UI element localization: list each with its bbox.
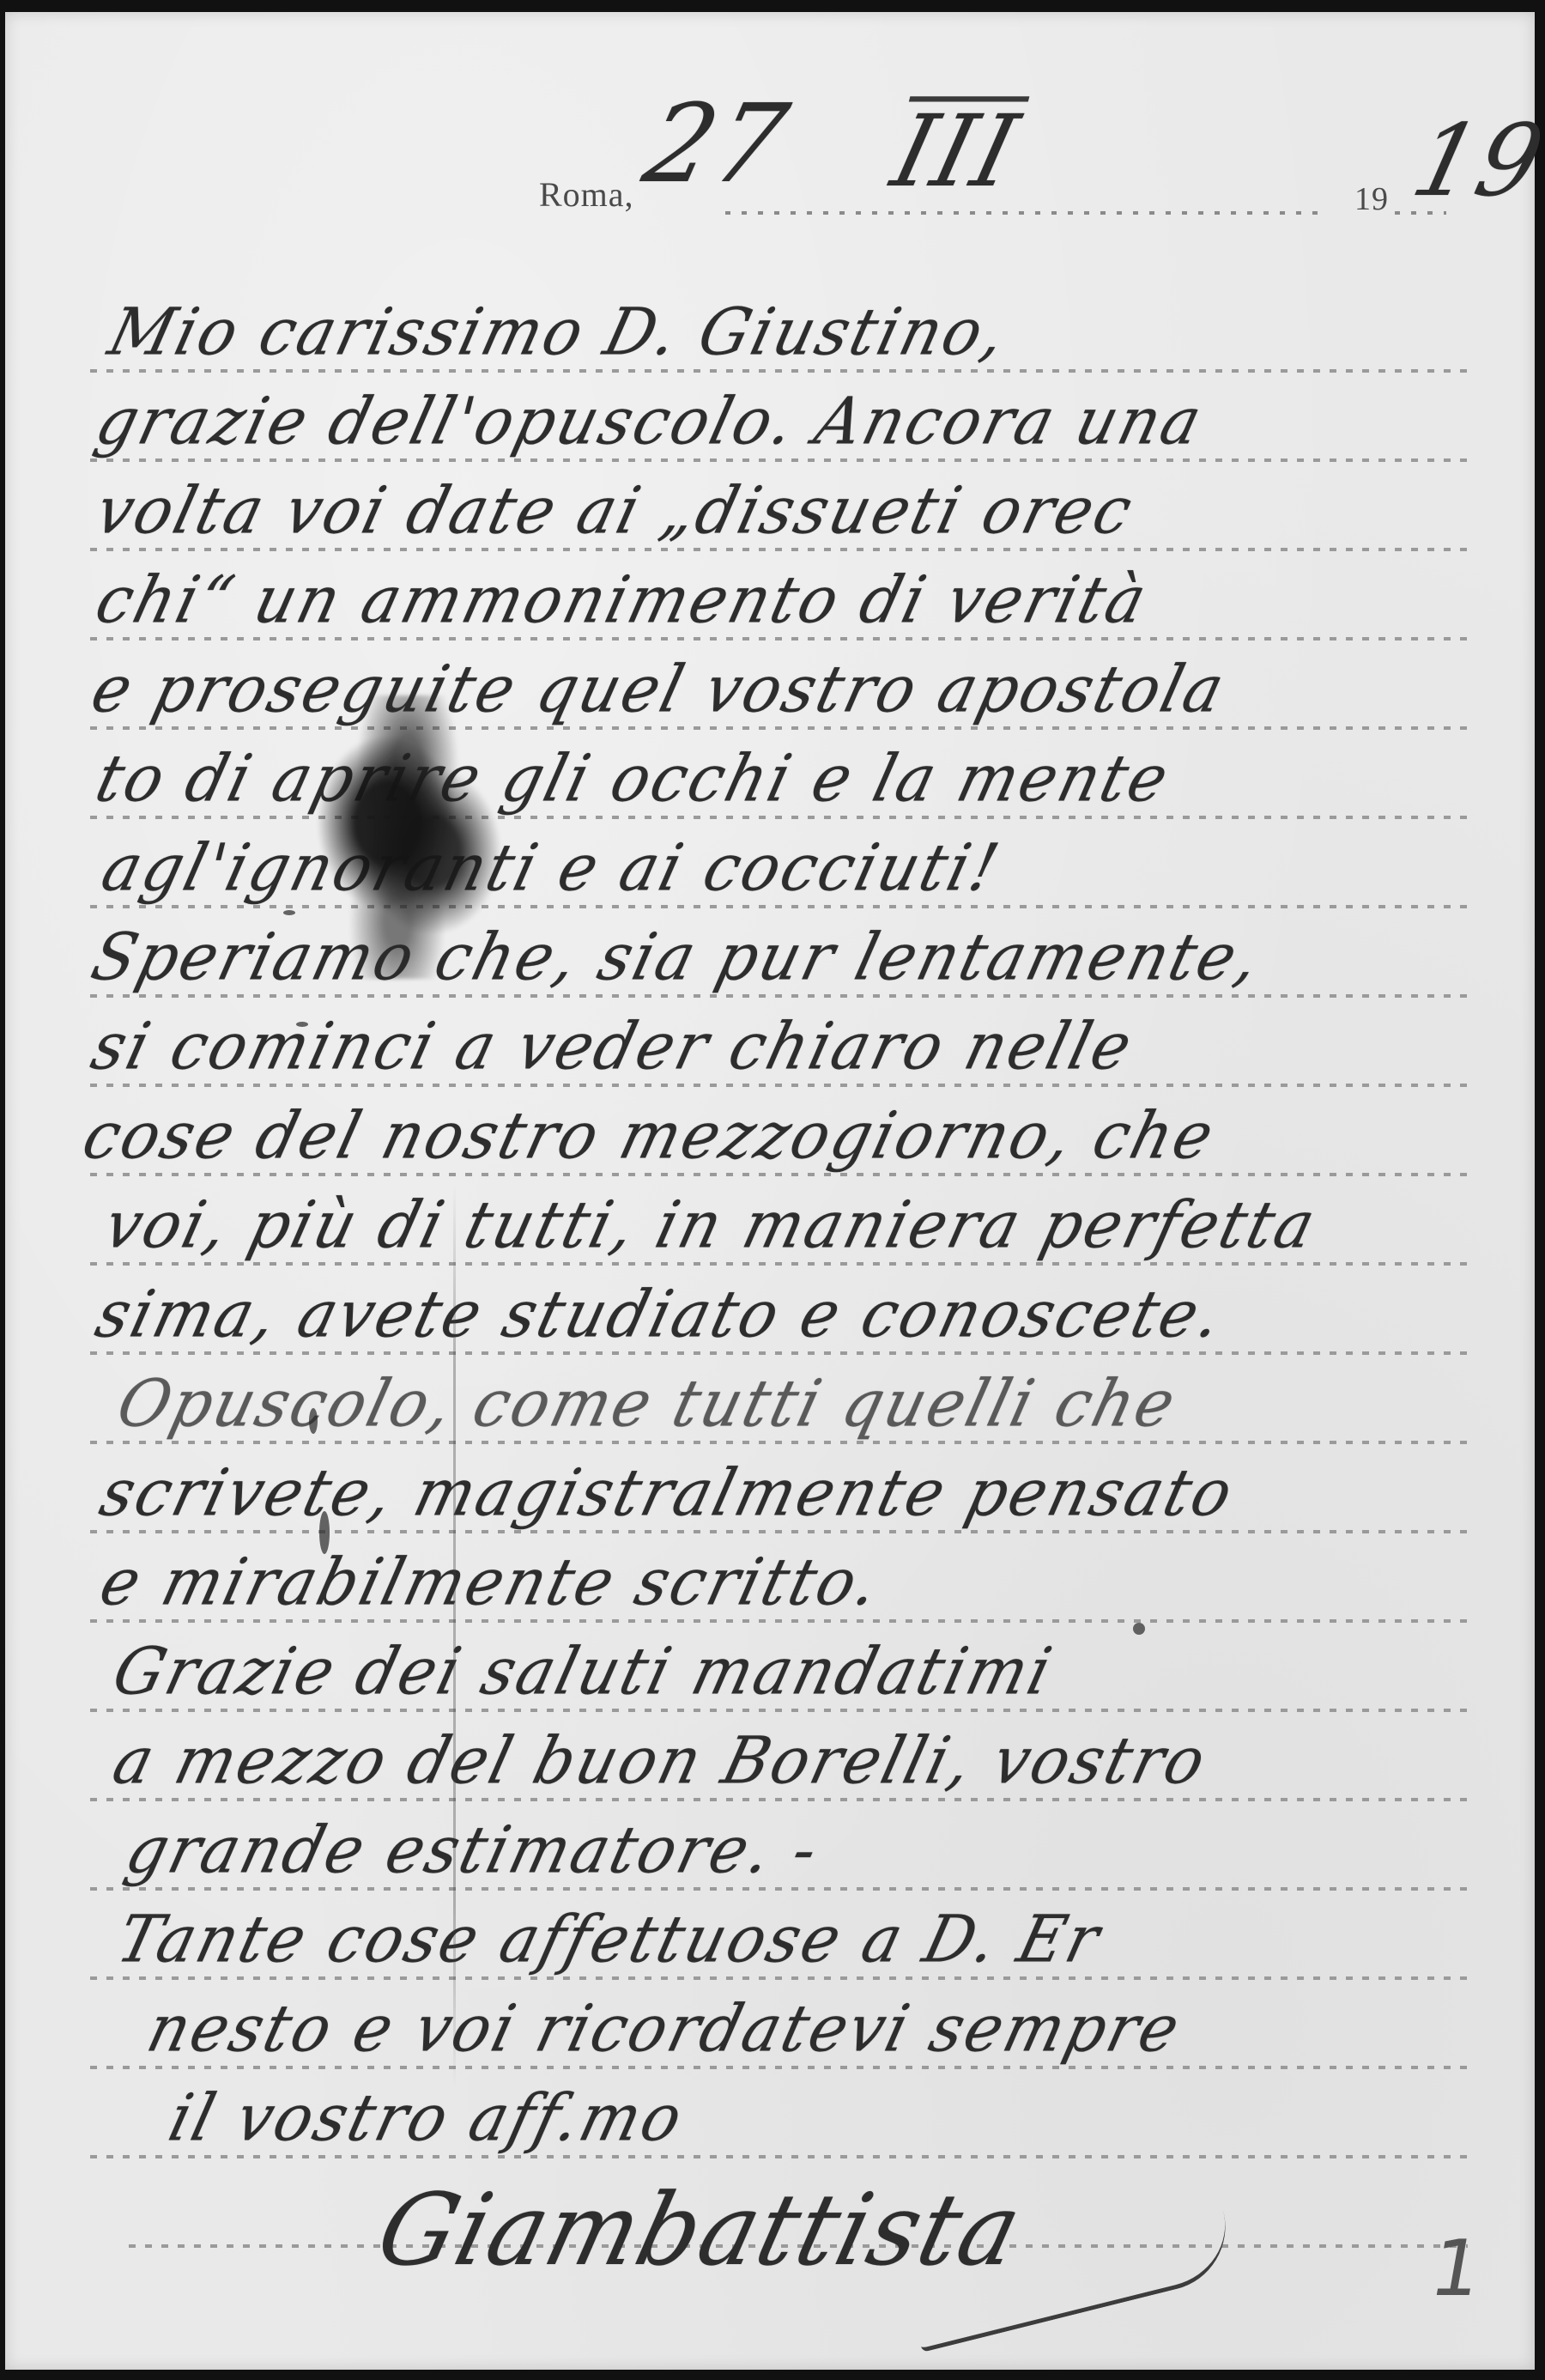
ruled-line: [90, 1351, 1468, 1355]
ruled-line: [90, 1798, 1468, 1801]
letter-line: Opuscolo, come tutti quelli che: [112, 1370, 1184, 1436]
ruled-line: [90, 994, 1468, 998]
ink-speckle: [296, 1022, 308, 1027]
ruled-line: [90, 1887, 1468, 1891]
paper-crease: [453, 1185, 456, 2086]
ruled-line: [90, 548, 1468, 551]
ink-speckle: [1133, 1623, 1145, 1635]
ruled-line: [90, 458, 1468, 462]
letter-line: chi“ un ammonimento di verità: [90, 567, 1154, 632]
letter-line: scrivete, magistralmente pensato: [94, 1460, 1241, 1525]
ink-speckle: [319, 1511, 330, 1554]
scan-border-right: [1535, 0, 1545, 2380]
date-dotted-line: [725, 211, 1326, 215]
letter-line: agl'ignoranti e ai cocciuti!: [96, 835, 1007, 900]
letter-line: nesto e voi ricordatevi sempre: [142, 1995, 1188, 2061]
printed-year-prefix: 19: [1354, 180, 1389, 218]
letter-line: grazie dell'opuscolo. Ancora una: [90, 388, 1210, 453]
letter-line: e proseguite quel vostro apostola: [86, 656, 1233, 721]
letter-line: e mirabilmente scritto.: [94, 1549, 887, 1614]
ruled-line: [90, 637, 1468, 641]
ruled-line: [90, 905, 1468, 908]
letter-line: volta voi date ai „dissueti orec: [90, 477, 1141, 543]
letter-line: a mezzo del buon Borelli, vostro: [107, 1727, 1214, 1793]
letter-line: il vostro aff.mo: [163, 2085, 691, 2150]
letter-line: si cominci a veder chiaro nelle: [86, 1013, 1140, 1078]
ruled-line: [90, 1530, 1468, 1533]
date-year: 19: [1404, 112, 1545, 211]
ruled-line: [90, 816, 1468, 819]
ruled-line: [90, 726, 1468, 730]
letter-line: Mio carissimo D. Giustino,: [103, 299, 1014, 364]
ink-speckle: [283, 910, 295, 915]
ruled-line: [90, 1441, 1468, 1444]
ink-speckle: [309, 1408, 318, 1434]
ruled-line: [90, 1084, 1468, 1087]
ruled-line: [90, 1976, 1468, 1980]
letter-line: sima, avete studiato e conoscete.: [90, 1281, 1230, 1346]
ruled-line: [90, 369, 1468, 373]
letter-line: Grazie dei saluti mandatimi: [107, 1638, 1060, 1703]
scan-border-top: [0, 0, 1545, 12]
printed-place: Roma,: [539, 174, 634, 215]
letter-line: cose del nostro mezzogiorno, che: [77, 1102, 1222, 1168]
ink-blot-stain: [305, 695, 511, 979]
ruled-line: [90, 2155, 1468, 2158]
ruled-line: [90, 2066, 1468, 2069]
letter-line: Speriamo che, sia pur lentamente,: [86, 924, 1268, 989]
ruled-line: [90, 1709, 1468, 1712]
ruled-line: [90, 1619, 1468, 1623]
ruled-line: [90, 1173, 1468, 1176]
scan-border-bottom: [0, 2370, 1545, 2380]
letter-line: grande estimatore. -: [120, 1817, 826, 1882]
date-day: 27: [635, 91, 798, 199]
letter-line: to di aprire gli occhi e la mente: [90, 745, 1177, 811]
letter-line: Tante cose affettuose a D. Er: [112, 1906, 1108, 1971]
letter-line: voi, più di tutti, in maniera perfetta: [99, 1192, 1324, 1257]
signature: Giambattista: [369, 2181, 1032, 2280]
ruled-line: [90, 1262, 1468, 1266]
